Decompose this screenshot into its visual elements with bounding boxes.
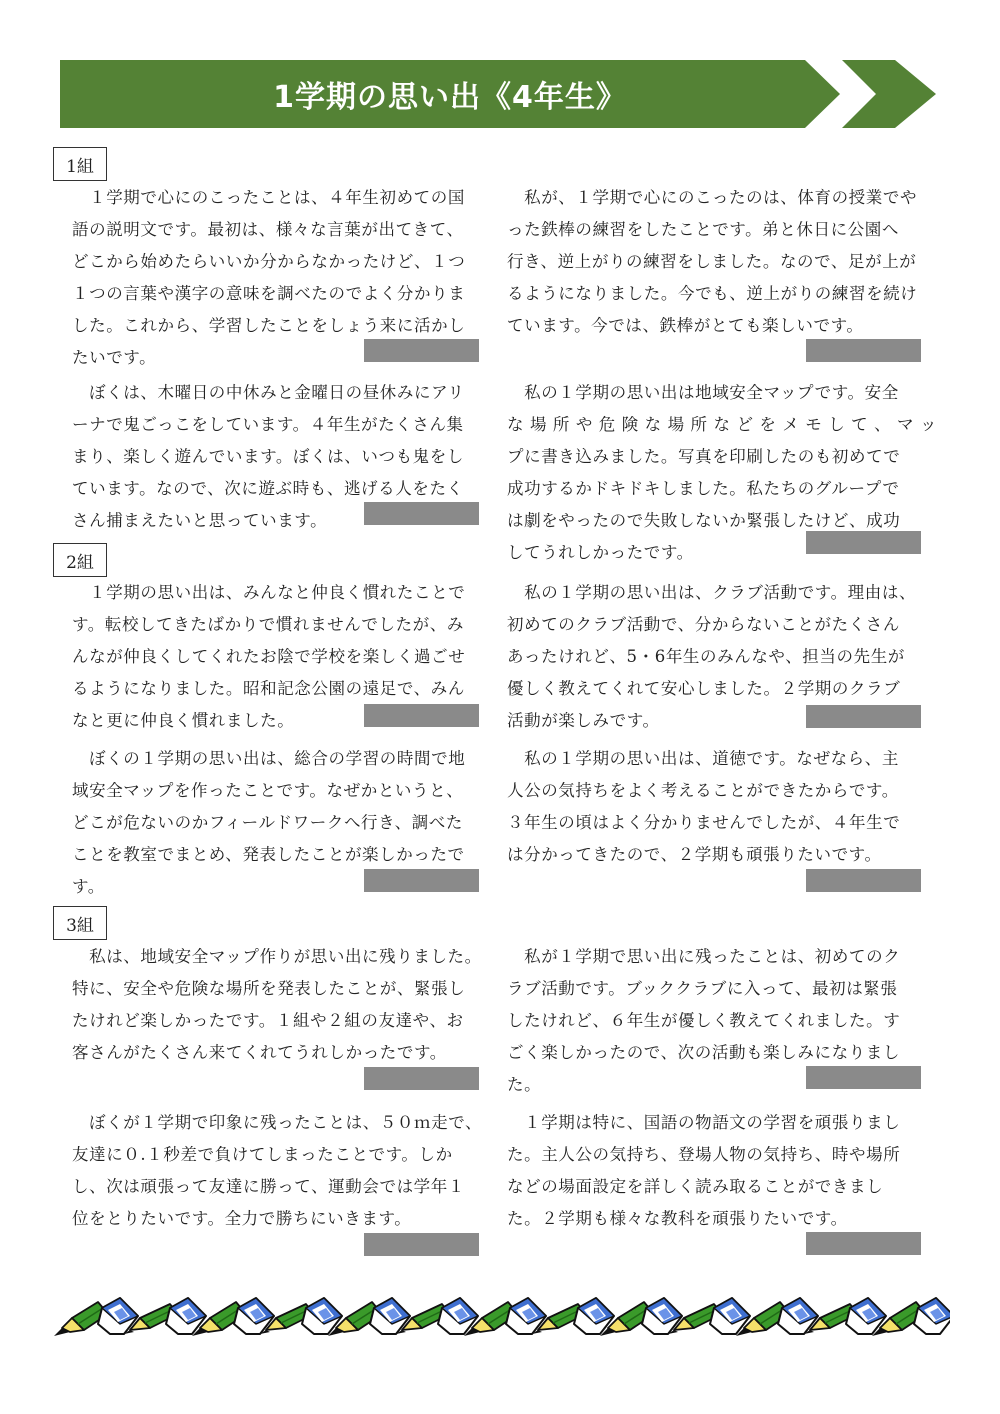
essay-line: ごく楽しかったので、次の活動も楽しみになりまし [507, 1037, 927, 1069]
essay-line: 行き、逆上がりの練習をしました。なので、足が上が [507, 246, 927, 278]
essay-line: ーナで鬼ごっこをしています。４年生がたくさん集 [72, 409, 492, 441]
essay-3-left-a: 私は、地域安全マップ作りが思い出に残りました。 特に、安全や危険な場所を発表した… [72, 941, 492, 1069]
essay-line: １学期の思い出は、みんなと仲良く慣れたことで [72, 577, 492, 609]
essay-line: 人公の気持ちをよく考えることができたからです。 [507, 775, 927, 807]
essay-line: 成功するかドキドキしました。私たちのグループで [507, 473, 927, 505]
essay-line: た。２学期も様々な教科を頑張りたいです。 [507, 1203, 927, 1235]
redacted-name-box [806, 339, 921, 362]
essay-1-right-a: 私が、１学期で心にのこったのは、体育の授業でや った鉄棒の練習をしたことです。弟… [507, 182, 927, 342]
pencil-eraser-border-icon [50, 1290, 950, 1340]
essay-line: どこが危ないのかフィールドワークへ行き、調べた [72, 807, 492, 839]
essay-line: んなが仲良くしてくれたお陰で学校を楽しく過ごせ [72, 641, 492, 673]
essay-line: ぼくは、木曜日の中休みと金曜日の昼休みにアリ [72, 377, 492, 409]
essay-line: あったけれど、5・6年生のみんなや、担当の先生が [507, 641, 927, 673]
essay-line: 私が、１学期で心にのこったのは、体育の授業でや [507, 182, 927, 214]
essay-line: たけれど楽しかったです。１組や２組の友達や、お [72, 1005, 492, 1037]
redacted-name-box [364, 1067, 479, 1090]
essay-line: す。転校してきたばかりで慣れませんでしたが、み [72, 609, 492, 641]
essay-line: 私が１学期で思い出に残ったことは、初めてのク [507, 941, 927, 973]
redacted-name-box [806, 531, 921, 554]
essay-line: １つの言葉や漢字の意味を調べたのでよく分かりま [72, 278, 492, 310]
essay-2-right-b: 私の１学期の思い出は、道徳です。なぜなら、主 人公の気持ちをよく考えることができ… [507, 743, 927, 871]
essay-line: った鉄棒の練習をしたことです。弟と休日に公園へ [507, 214, 927, 246]
essay-line: 私は、地域安全マップ作りが思い出に残りました。 [72, 941, 492, 973]
essay-line: 語の説明文です。最初は、様々な言葉が出てきて、 [72, 214, 492, 246]
essay-line: 特に、安全や危険な場所を発表したことが、緊張し [72, 973, 492, 1005]
essay-line: どこから始めたらいいか分からなかったけど、１つ [72, 246, 492, 278]
essay-line: 域安全マップを作ったことです。なぜかというと、 [72, 775, 492, 807]
essay-line: 位をとりたいです。全力で勝ちにいきます。 [72, 1203, 492, 1235]
essay-line: 初めてのクラブ活動で、分からないことがたくさん [507, 609, 927, 641]
redacted-name-box [806, 1232, 921, 1255]
essay-line: １学期で心にのこったことは、４年生初めての国 [72, 182, 492, 214]
redacted-name-box [806, 869, 921, 892]
pencil-eraser-border [50, 1290, 950, 1340]
essay-line: 私の１学期の思い出は、道徳です。なぜなら、主 [507, 743, 927, 775]
essay-line: した。これから、学習したことをしょう来に活かし [72, 310, 492, 342]
page-title: 1学期の思い出《4年生》 [60, 60, 840, 128]
essay-line: るようになりました。今でも、逆上がりの練習を続け [507, 278, 927, 310]
essay-3-right-b: １学期は特に、国語の物語文の学習を頑張りまし た。主人公の気持ち、登場人物の気持… [507, 1107, 927, 1235]
redacted-name-box [364, 869, 479, 892]
essay-line: 友達に０.１秒差で負けてしまったことです。しか [72, 1139, 492, 1171]
essay-3-left-b: ぼくが１学期で印象に残ったことは、５０ｍ走で、 友達に０.１秒差で負けてしまった… [72, 1107, 492, 1235]
essay-line: 私の１学期の思い出は地域安全マップです。安全 [507, 377, 927, 409]
essay-line: るようになりました。昭和記念公園の遠足で、みん [72, 673, 492, 705]
essay-line: ています。今では、鉄棒がとても楽しいです。 [507, 310, 927, 342]
class-label-1: 1組 [53, 147, 107, 181]
essay-line: などの場面設定を詳しく読み取ることができまし [507, 1171, 927, 1203]
redacted-name-box [364, 1233, 479, 1256]
redacted-name-box [806, 1066, 921, 1089]
essay-line: し、次は頑張って友達に勝って、運動会では学年１ [72, 1171, 492, 1203]
redacted-name-box [806, 705, 921, 728]
redacted-name-box [364, 704, 479, 727]
essay-line: ３年生の頃はよく分かりませんでしたが、４年生で [507, 807, 927, 839]
essay-line: た。主人公の気持ち、登場人物の気持ち、時や場所 [507, 1139, 927, 1171]
essay-line: は分かってきたので、２学期も頑張りたいです。 [507, 839, 927, 871]
essay-line: な 場 所 や 危 険 な 場 所 な ど を メ モ し て 、 マ ッ [507, 409, 927, 441]
essay-line: １学期は特に、国語の物語文の学習を頑張りまし [507, 1107, 927, 1139]
essay-line: 優しく教えてくれて安心しました。２学期のクラブ [507, 673, 927, 705]
redacted-name-box [364, 339, 479, 362]
essay-line: ラブ活動です。ブッククラブに入って、最初は緊張 [507, 973, 927, 1005]
essay-line: 客さんがたくさん来てくれてうれしかったです。 [72, 1037, 492, 1069]
essay-line: プに書き込みました。写真を印刷したのも初めてで [507, 441, 927, 473]
class-label-3: 3組 [53, 906, 107, 940]
title-banner: 1学期の思い出《4年生》 [60, 60, 940, 128]
essay-line: 私の１学期の思い出は、クラブ活動です。理由は、 [507, 577, 927, 609]
essay-line: ぼくの１学期の思い出は、総合の学習の時間で地 [72, 743, 492, 775]
essay-line: まり、楽しく遊んでいます。ぼくは、いつも鬼をし [72, 441, 492, 473]
essay-line: したけれど、６年生が優しく教えてくれました。す [507, 1005, 927, 1037]
class-label-2: 2組 [53, 543, 107, 577]
essay-line: ことを教室でまとめ、発表したことが楽しかったで [72, 839, 492, 871]
essay-line: ぼくが１学期で印象に残ったことは、５０ｍ走で、 [72, 1107, 492, 1139]
redacted-name-box [364, 502, 479, 525]
essay-line: ています。なので、次に遊ぶ時も、逃げる人をたく [72, 473, 492, 505]
